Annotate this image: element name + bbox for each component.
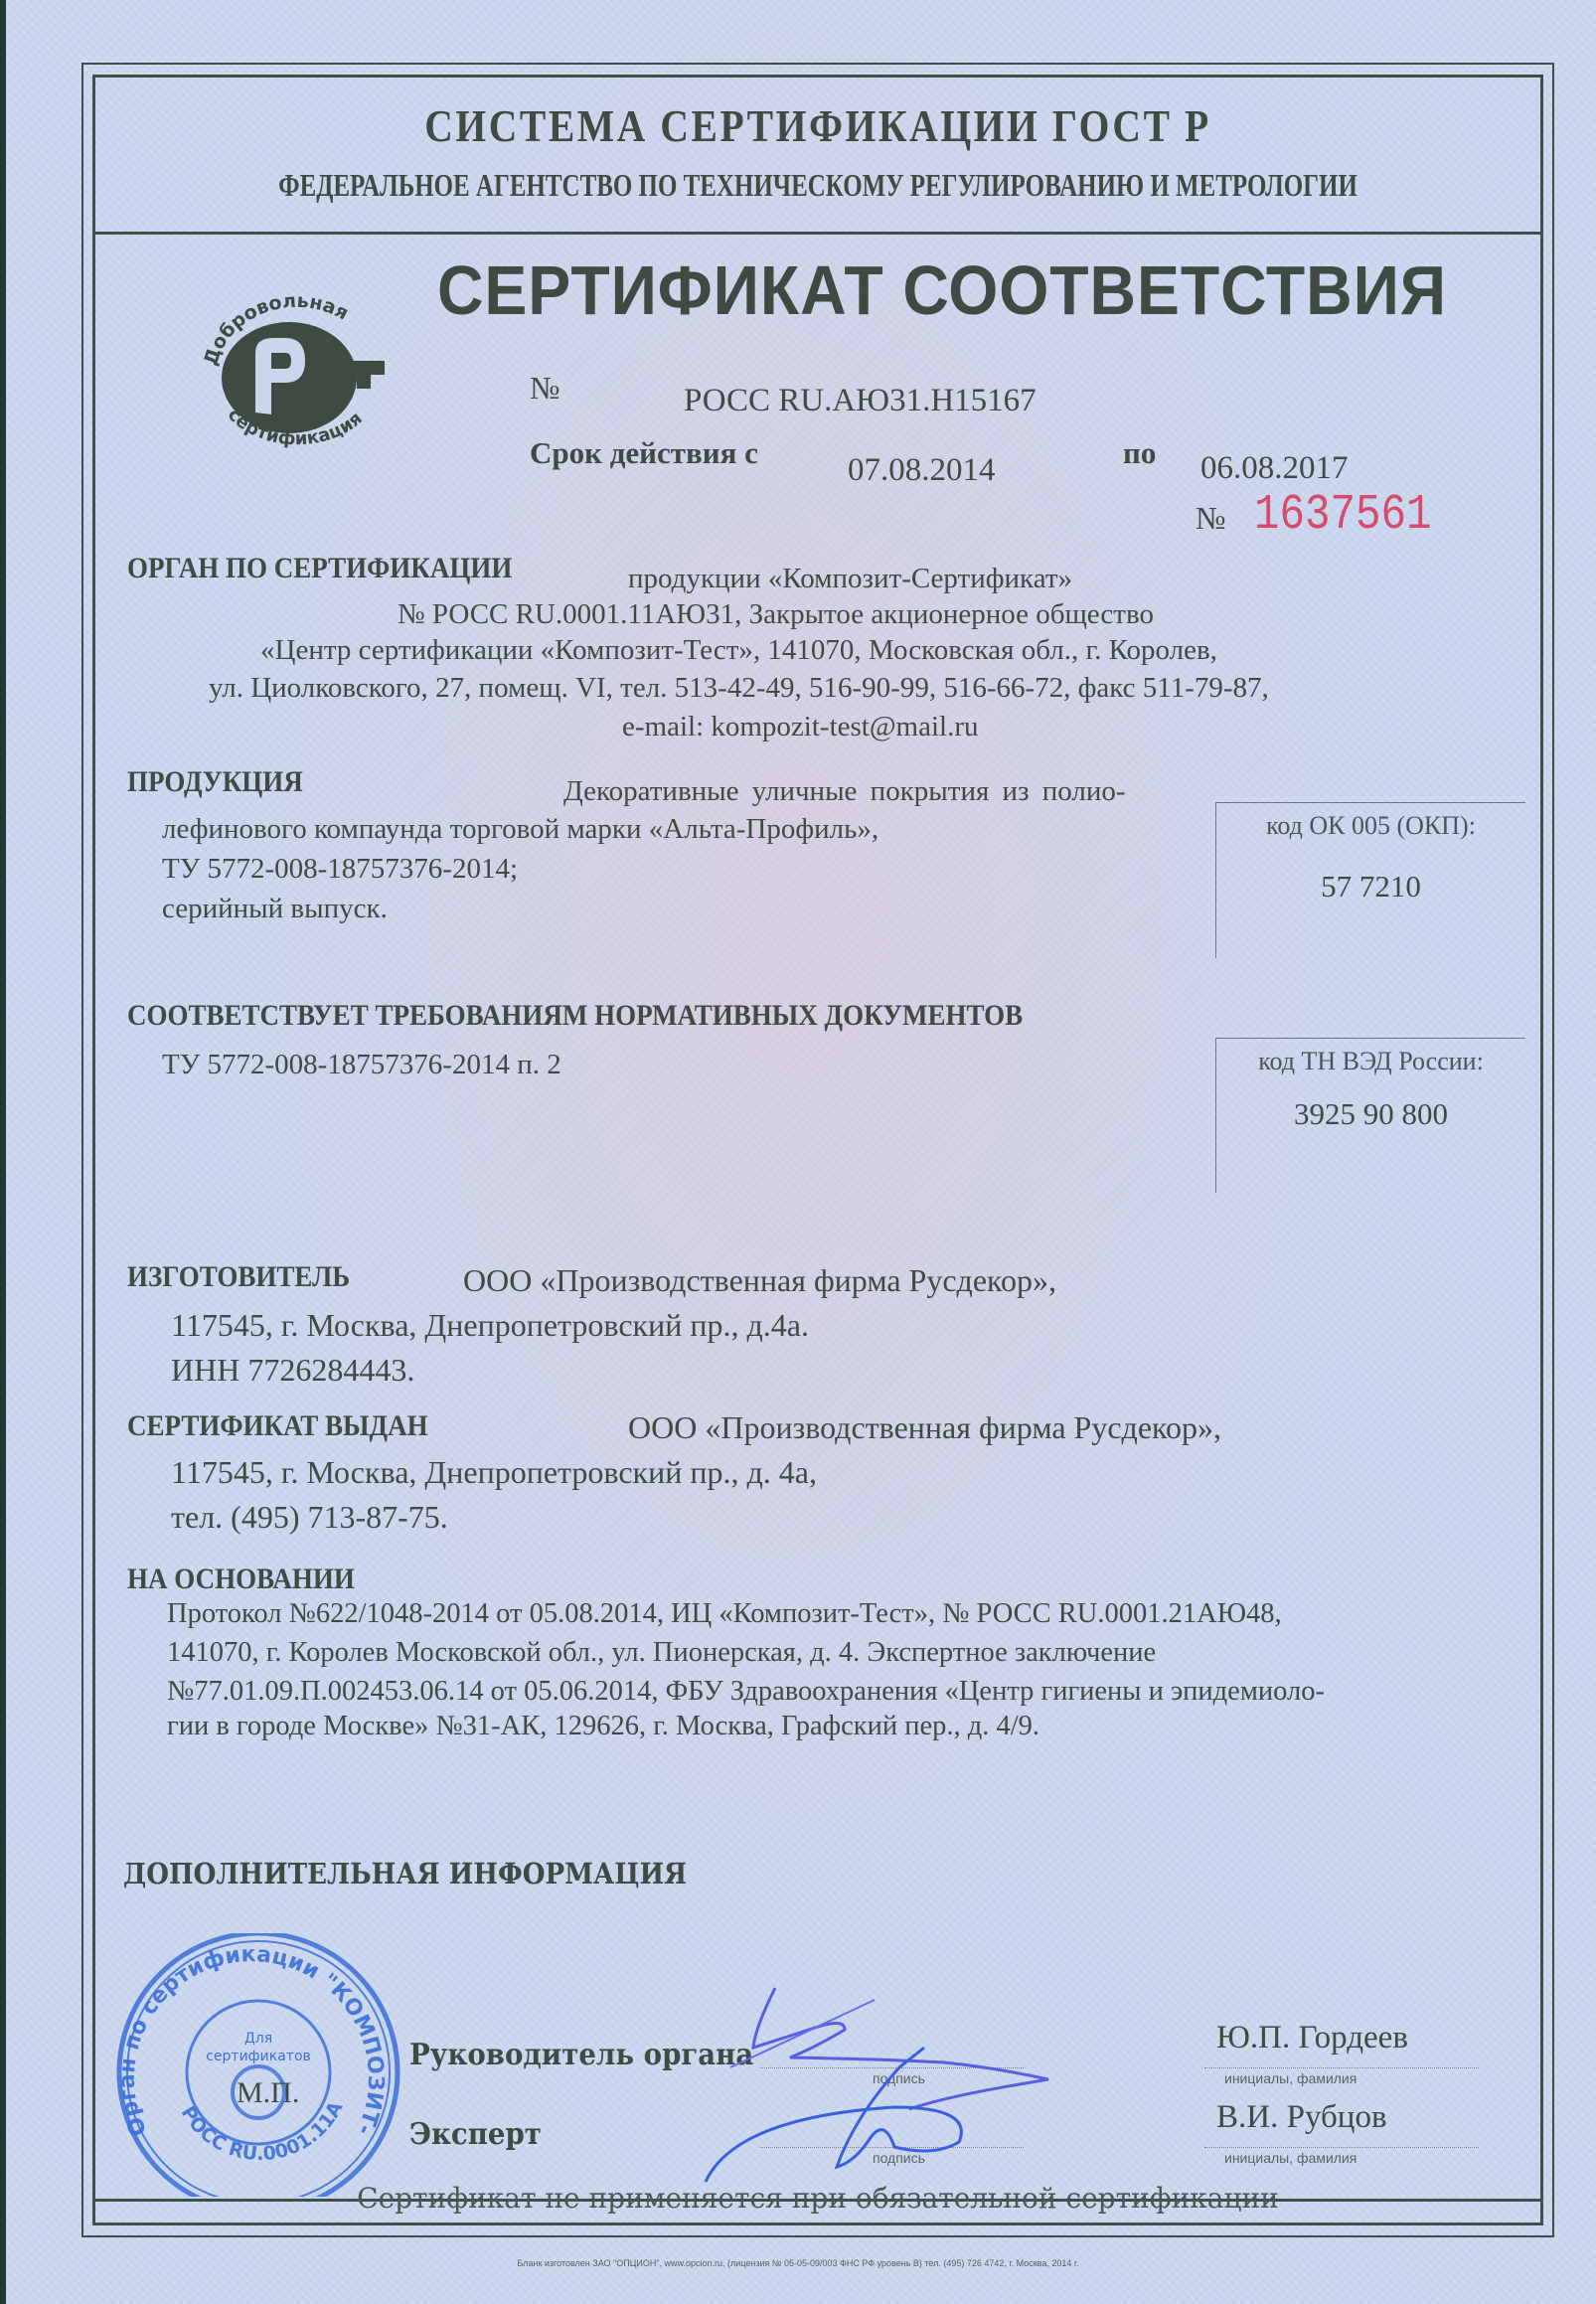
agency-name: ФЕДЕРАЛЬНОЕ АГЕНТСТВО ПО ТЕХНИЧЕСКОМУ РЕ… <box>252 167 1384 204</box>
valid-to-label: по <box>1123 435 1156 471</box>
handwritten-signature-icon <box>696 1968 1212 2197</box>
stamp-inner-top: Для <box>244 2031 272 2047</box>
certification-body-heading: ОРГАН ПО СЕРТИФИКАЦИИ <box>127 552 512 585</box>
basis-line: 141070, г. Королев Московской обл., ул. … <box>167 1633 1526 1672</box>
blank-serial-number: 1637561 <box>1254 487 1432 544</box>
valid-to-date: 06.08.2017 <box>1200 450 1349 487</box>
okp-code-box: код ОК 005 (ОКП): 57 7210 <box>1215 802 1525 958</box>
rst-certification-logo-icon: Добровольная сертификация <box>194 283 393 462</box>
basis-line: Протокол №622/1048-2014 от 05.08.2014, И… <box>167 1594 1526 1633</box>
issued-to-name: ООО «Производственная фирма Русдекор», <box>628 1409 1221 1446</box>
normative-document: ТУ 5772-008-18757376-2014 п. 2 <box>162 1049 561 1081</box>
manufacturer-name: ООО «Производственная фирма Русдекор», <box>463 1262 1056 1299</box>
manufacturer-address: 117545, г. Москва, Днепропетровский пр.,… <box>171 1307 809 1344</box>
number-sign: № <box>530 370 560 407</box>
voluntary-certification-note: Сертификат не применяется при обязательн… <box>92 2182 1543 2215</box>
tnved-code-value: 3925 90 800 <box>1216 1096 1525 1132</box>
round-seal-stamp-icon: Орган по сертификации "КОМПОЗИТ-СЕРТИФИК… <box>107 1933 410 2197</box>
serial-number-sign: № <box>1196 500 1226 537</box>
certificate-number: РОСС RU.АЮ31.Н15167 <box>684 383 1037 419</box>
scan-edge-strip <box>0 0 6 2304</box>
tnved-code-box: код ТН ВЭД России: 3925 90 800 <box>1215 1038 1525 1193</box>
stamp-inner-middle: сертификатов <box>206 2049 311 2064</box>
issued-to-heading: СЕРТИФИКАТ ВЫДАН <box>127 1409 428 1443</box>
certification-body-email: e-mail: kompozit-test@mail.ru <box>622 711 979 743</box>
certification-system-title: СИСТЕМА СЕРТИФИКАЦИИ ГОСТ Р <box>194 99 1442 152</box>
validity-label: Срок действия с <box>530 435 758 471</box>
seal-place-label: М.П. <box>237 2076 299 2109</box>
issued-to-phone: тел. (495) 713-87-75. <box>171 1499 448 1536</box>
expert-name: В.И. Рубцов <box>1216 2099 1387 2136</box>
expert-label: Эксперт <box>409 2117 542 2152</box>
basis-line: гии в городе Москве» №31-АК, 129626, г. … <box>167 1711 1039 1742</box>
product-heading: ПРОДУКЦИЯ <box>127 765 303 799</box>
name-caption: инициалы, фамилия <box>1224 2150 1357 2166</box>
valid-from-date: 07.08.2014 <box>848 452 996 489</box>
name-line <box>1204 2147 1479 2148</box>
additional-info-heading: ДОПОЛНИТЕЛЬНАЯ ИНФОРМАЦИЯ <box>123 1857 687 1891</box>
name-line <box>1204 2067 1479 2068</box>
product-line: серийный выпуск. <box>162 893 388 925</box>
conformity-heading: СООТВЕТСТВУЕТ ТРЕБОВАНИЯМ НОРМАТИВНЫХ ДО… <box>127 999 1023 1033</box>
manufacturer-inn: ИНН 7726284443. <box>171 1352 414 1389</box>
name-caption: инициалы, фамилия <box>1224 2070 1357 2086</box>
head-of-body-name: Ю.П. Гордеев <box>1216 2020 1408 2057</box>
basis-line: №77.01.09.П.002453.06.14 от 05.06.2014, … <box>167 1672 1526 1711</box>
blank-printer-imprint: Бланк изготовлен ЗАО "ОПЦИОН", www.opcio… <box>0 2258 1596 2268</box>
okp-code-value: 57 7210 <box>1216 869 1525 905</box>
certification-body-line: продукции «Композит-Сертификат» <box>628 563 1072 595</box>
document-title: СЕРТИФИКАТ СООТВЕТСТВИЯ <box>437 250 1447 330</box>
okp-code-label: код ОК 005 (ОКП): <box>1216 811 1525 841</box>
manufacturer-heading: ИЗГОТОВИТЕЛЬ <box>127 1260 350 1294</box>
product-line: Декоративные уличные покрытия из полио- <box>563 775 1126 808</box>
tnved-code-label: код ТН ВЭД России: <box>1216 1047 1525 1076</box>
certification-body-line: «Центр сертификации «Композит-Тест», 141… <box>260 634 1217 667</box>
certification-body-line: ул. Циолковского, 27, помещ. VI, тел. 51… <box>209 672 1269 705</box>
product-line: лефинового компаунда торговой марки «Аль… <box>162 813 878 846</box>
header-divider <box>92 232 1543 235</box>
basis-heading: НА ОСНОВАНИИ <box>127 1563 355 1596</box>
product-line: ТУ 5772-008-18757376-2014; <box>162 853 518 886</box>
issued-to-address: 117545, г. Москва, Днепропетровский пр.,… <box>171 1454 817 1491</box>
certification-body-line: № РОСС RU.0001.11АЮ31, Закрытое акционер… <box>398 598 1154 631</box>
